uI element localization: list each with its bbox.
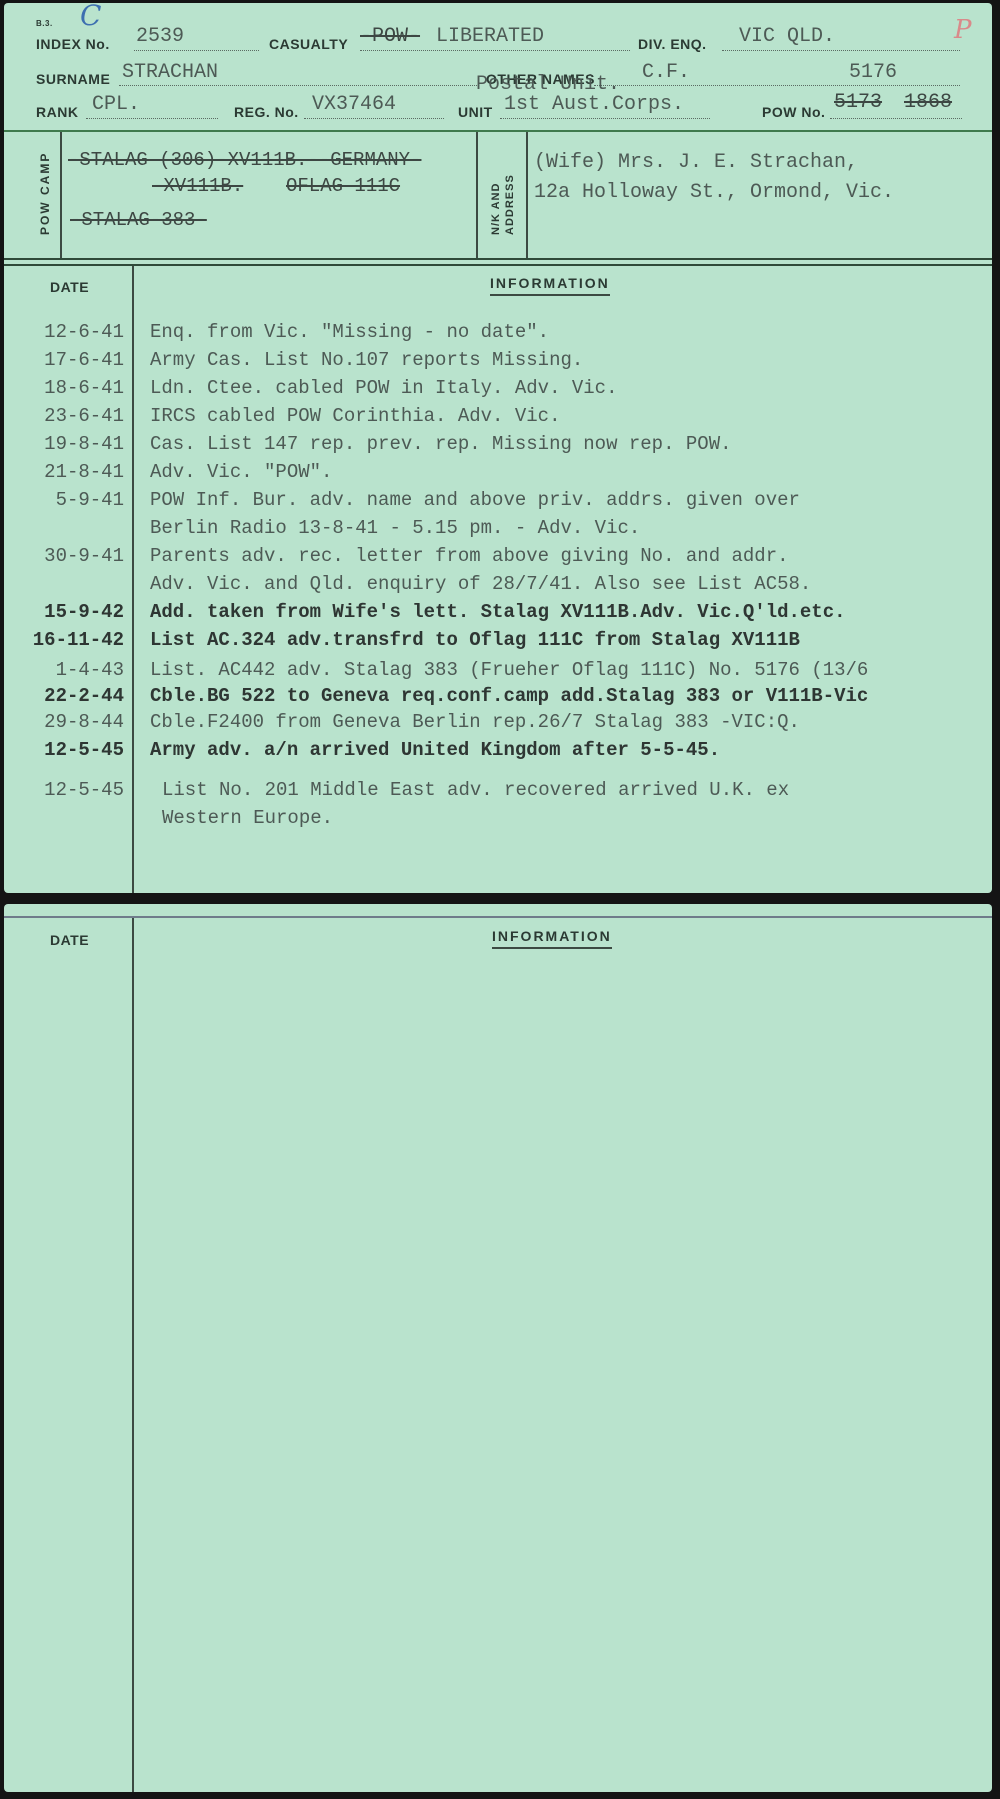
row-date: 29-8-44	[44, 711, 124, 733]
nk-label-1: N/K AND	[490, 183, 502, 235]
index-card-front: B.3. C P INDEX No. 2539 CASUALTY -POW- L…	[4, 3, 992, 893]
row-date: 23-6-41	[44, 405, 124, 427]
reg-no-value: VX37464	[312, 93, 396, 116]
pow-camp-line3: -STALAG-383-	[70, 209, 207, 231]
other-names-value: C.F.	[642, 61, 690, 84]
pow-no-corrected: 5176	[849, 61, 897, 84]
row-text: POW Inf. Bur. adv. name and above priv. …	[150, 489, 800, 511]
pow-camp-line2b: OFLAG 111C	[286, 175, 400, 197]
casualty-value: LIBERATED	[436, 25, 544, 48]
unit-label: UNIT	[458, 104, 493, 120]
pow-camp-label: POW CAMP	[38, 152, 52, 235]
row-date: 18-6-41	[44, 377, 124, 399]
row-date: 19-8-41	[44, 433, 124, 455]
casualty-struck: -POW-	[360, 25, 420, 48]
row-text: Adv. Vic. and Qld. enquiry of 28/7/41. A…	[150, 573, 811, 595]
row-text: Berlin Radio 13-8-41 - 5.15 pm. - Adv. V…	[150, 517, 640, 539]
corner-mark: P	[954, 15, 972, 45]
row-text: List AC.324 adv.transfrd to Oflag 111C f…	[150, 629, 800, 651]
nk-label-2: ADDRESS	[504, 174, 516, 235]
row-text: Army Cas. List No.107 reports Missing.	[150, 349, 583, 371]
index-value: 2539	[136, 25, 184, 48]
information-header: INFORMATION	[490, 275, 610, 296]
row-text: Army adv. a/n arrived United Kingdom aft…	[150, 739, 720, 761]
row-date: 22-2-44	[44, 685, 124, 707]
row-date: 30-9-41	[44, 545, 124, 567]
row-text: Cas. List 147 rep. prev. rep. Missing no…	[150, 433, 732, 455]
row-text: Parents adv. rec. letter from above givi…	[150, 545, 789, 567]
date-header-2: DATE	[50, 932, 89, 948]
surname-label: SURNAME	[36, 71, 110, 87]
row-text: Cble.BG 522 to Geneva req.conf.camp add.…	[150, 685, 868, 707]
pow-camp-line2: -XV111B.	[152, 175, 243, 197]
divider	[4, 130, 992, 132]
row-date: 5-9-41	[56, 489, 124, 511]
date-header: DATE	[50, 279, 89, 295]
row-date: 16-11-42	[33, 629, 124, 651]
row-date: 17-6-41	[44, 349, 124, 371]
date-column-divider-2	[132, 918, 134, 1792]
date-column-divider	[132, 266, 134, 893]
form-code: B.3.	[36, 19, 53, 28]
pen-mark: C	[80, 3, 101, 32]
row-date: 1-4-43	[56, 659, 124, 681]
div-enq-value: VIC QLD.	[739, 25, 835, 48]
information-header-2: INFORMATION	[492, 928, 612, 949]
row-text: List No. 201 Middle East adv. recovered …	[162, 779, 789, 801]
unit-value-line2: 1st Aust.Corps.	[504, 93, 684, 116]
surname-value: STRACHAN	[122, 61, 218, 84]
nk-address-line1: (Wife) Mrs. J. E. Strachan,	[534, 151, 858, 174]
reg-no-label: REG. No.	[234, 104, 299, 120]
index-card-back: DATE INFORMATION	[4, 904, 992, 1792]
row-text: Western Europe.	[162, 807, 333, 829]
rank-value: CPL.	[92, 93, 140, 116]
row-text: Ldn. Ctee. cabled POW in Italy. Adv. Vic…	[150, 377, 617, 399]
row-date: 12-6-41	[44, 321, 124, 343]
row-text: Cble.F2400 from Geneva Berlin rep.26/7 S…	[150, 711, 800, 733]
row-date: 12-5-45	[44, 739, 124, 761]
row-text: Enq. from Vic. "Missing - no date".	[150, 321, 549, 343]
rank-label: RANK	[36, 104, 78, 120]
pow-no-struck-2: 1868	[904, 91, 952, 114]
row-text: Add. taken from Wife's lett. Stalag XV11…	[150, 601, 846, 623]
row-date: 21-8-41	[44, 461, 124, 483]
casualty-label: CASUALTY	[269, 36, 348, 52]
pow-no-label: POW No.	[762, 104, 825, 120]
row-text: IRCS cabled POW Corinthia. Adv. Vic.	[150, 405, 560, 427]
row-text: List. AC442 adv. Stalag 383 (Frueher Ofl…	[150, 659, 868, 681]
div-enq-label: DIV. ENQ.	[638, 36, 707, 52]
row-date: 15-9-42	[44, 601, 124, 623]
row-date: 12-5-45	[44, 779, 124, 801]
row-text: Adv. Vic. "POW".	[150, 461, 332, 483]
nk-address-line2: 12a Holloway St., Ormond, Vic.	[534, 181, 894, 204]
pow-camp-line1: -STALAG (306)-XV111B.--GERMANY-	[68, 149, 421, 171]
pow-no-struck-1: 5173	[834, 91, 882, 114]
index-label: INDEX No.	[36, 36, 110, 52]
